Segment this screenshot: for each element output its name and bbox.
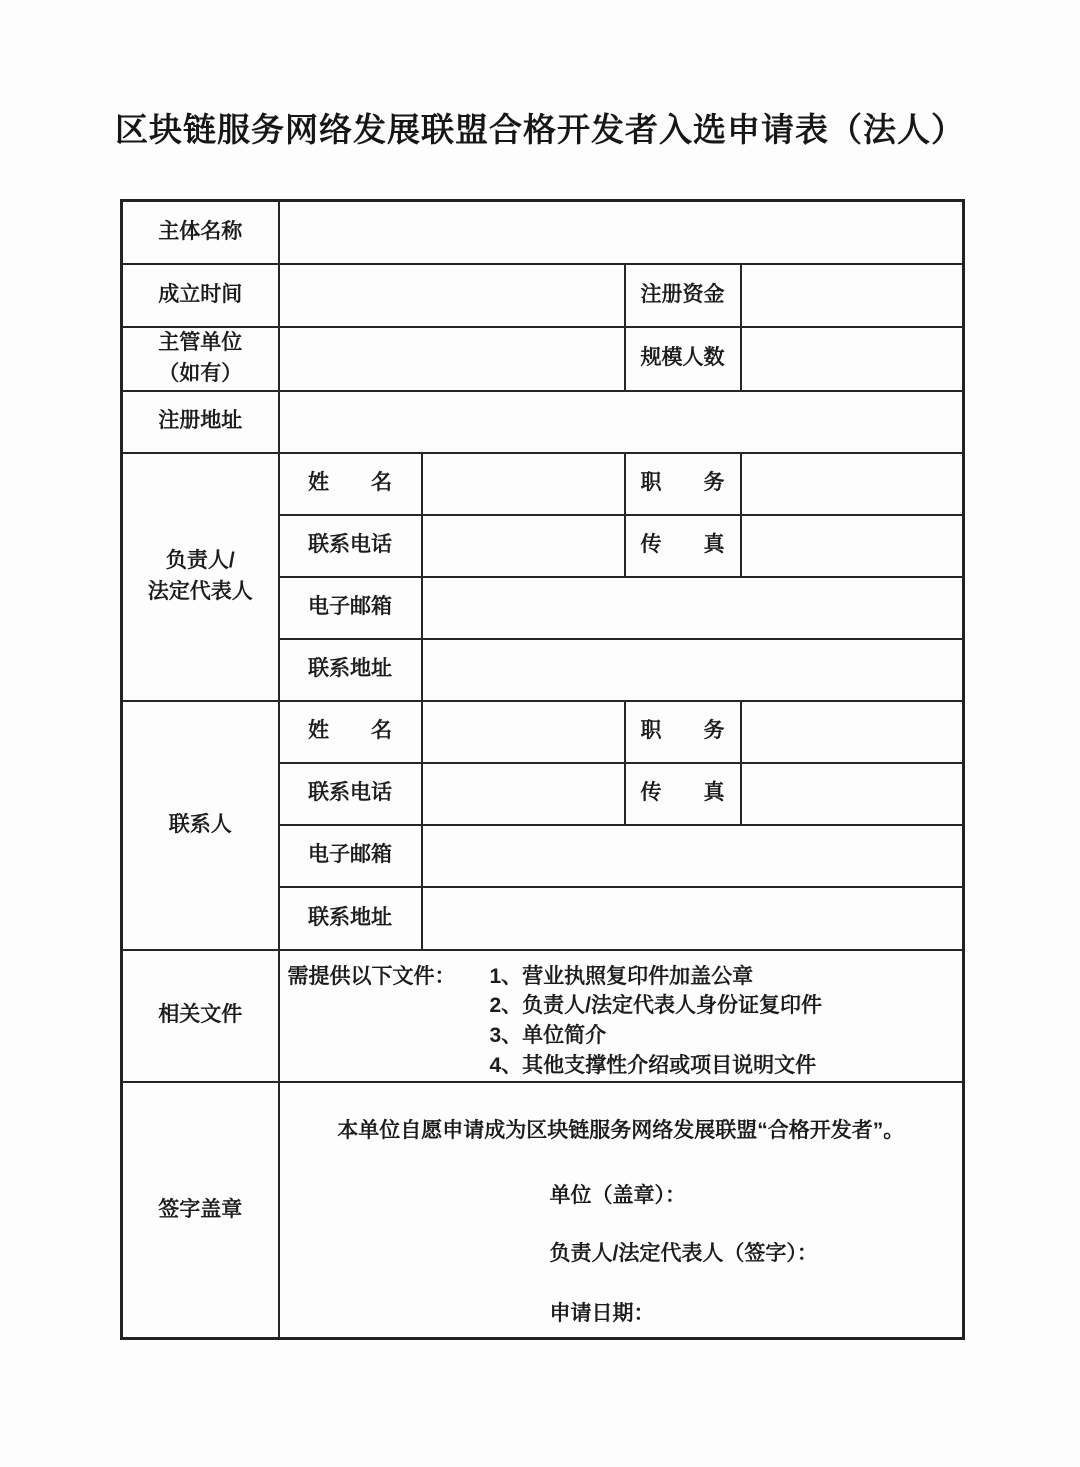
- contact-fax-value: [741, 763, 964, 825]
- supervisor-unit-label: 主管单位 （如有）: [122, 327, 279, 391]
- application-form-table: 主体名称 成立时间 注册资金 主管单位 （如有） 规模人数 注册地址 负责人/ …: [120, 199, 965, 1340]
- documents-intro: 需提供以下文件：: [288, 962, 490, 992]
- principal-email-label: 电子邮箱: [279, 577, 422, 639]
- signature-declaration: 本单位自愿申请成为区块链服务网络发展联盟“合格开发者”。: [280, 1117, 963, 1145]
- principal-fax-value: [741, 515, 964, 577]
- principal-phone-value: [422, 515, 625, 577]
- registered-capital-label: 注册资金: [625, 264, 741, 327]
- contact-title-label: 职 务: [625, 701, 741, 763]
- principal-phone-label: 联系电话: [279, 515, 422, 577]
- document-item: 4、其他支撑性介绍或项目说明文件: [490, 1051, 823, 1081]
- contact-name-value: [422, 701, 625, 763]
- principal-section-label: 负责人/ 法定代表人: [122, 453, 279, 701]
- form-title: 区块链服务网络发展联盟合格开发者入选申请表（法人）: [0, 104, 1080, 151]
- document-page: 区块链服务网络发展联盟合格开发者入选申请表（法人） 主体名称 成立时间 注册资金…: [0, 0, 1080, 1467]
- principal-name-label: 姓 名: [279, 453, 422, 515]
- signature-line-application-date: 申请日期：: [550, 1299, 963, 1329]
- signature-line-unit-seal: 单位（盖章）：: [550, 1181, 963, 1211]
- principal-fax-label: 传 真: [625, 515, 741, 577]
- contact-name-label: 姓 名: [279, 701, 422, 763]
- contact-address-value: [422, 887, 964, 950]
- contact-email-value: [422, 825, 964, 887]
- contact-phone-value: [422, 763, 625, 825]
- principal-title-value: [741, 453, 964, 515]
- contact-title-value: [741, 701, 964, 763]
- contact-phone-label: 联系电话: [279, 763, 422, 825]
- documents-content-cell: 需提供以下文件： 1、营业执照复印件加盖公章 2、负责人/法定代表人身份证复印件…: [279, 950, 964, 1082]
- principal-name-value: [422, 453, 625, 515]
- registered-address-label: 注册地址: [122, 391, 279, 453]
- principal-address-value: [422, 639, 964, 701]
- document-item: 1、营业执照复印件加盖公章: [490, 962, 823, 992]
- staff-size-label: 规模人数: [625, 327, 741, 391]
- founding-date-value: [279, 264, 625, 327]
- supervisor-unit-value: [279, 327, 625, 391]
- registered-address-value: [279, 391, 964, 453]
- signature-section-label: 签字盖章: [122, 1082, 279, 1339]
- signature-content-cell: 本单位自愿申请成为区块链服务网络发展联盟“合格开发者”。 单位（盖章）： 负责人…: [279, 1082, 964, 1339]
- document-item: 3、单位简介: [490, 1021, 823, 1051]
- contact-email-label: 电子邮箱: [279, 825, 422, 887]
- contact-fax-label: 传 真: [625, 763, 741, 825]
- documents-list: 1、营业执照复印件加盖公章 2、负责人/法定代表人身份证复印件 3、单位简介 4…: [490, 962, 823, 1081]
- contact-section-label: 联系人: [122, 701, 279, 950]
- signature-lines: 单位（盖章）： 负责人/法定代表人（签字）： 申请日期：: [550, 1181, 963, 1329]
- signature-line-representative: 负责人/法定代表人（签字）：: [550, 1239, 963, 1269]
- principal-email-value: [422, 577, 964, 639]
- document-item: 2、负责人/法定代表人身份证复印件: [490, 991, 823, 1021]
- entity-name-value: [279, 201, 964, 264]
- documents-section-label: 相关文件: [122, 950, 279, 1082]
- founding-date-label: 成立时间: [122, 264, 279, 327]
- principal-title-label: 职 务: [625, 453, 741, 515]
- staff-size-value: [741, 327, 964, 391]
- registered-capital-value: [741, 264, 964, 327]
- entity-name-label: 主体名称: [122, 201, 279, 264]
- contact-address-label: 联系地址: [279, 887, 422, 950]
- principal-address-label: 联系地址: [279, 639, 422, 701]
